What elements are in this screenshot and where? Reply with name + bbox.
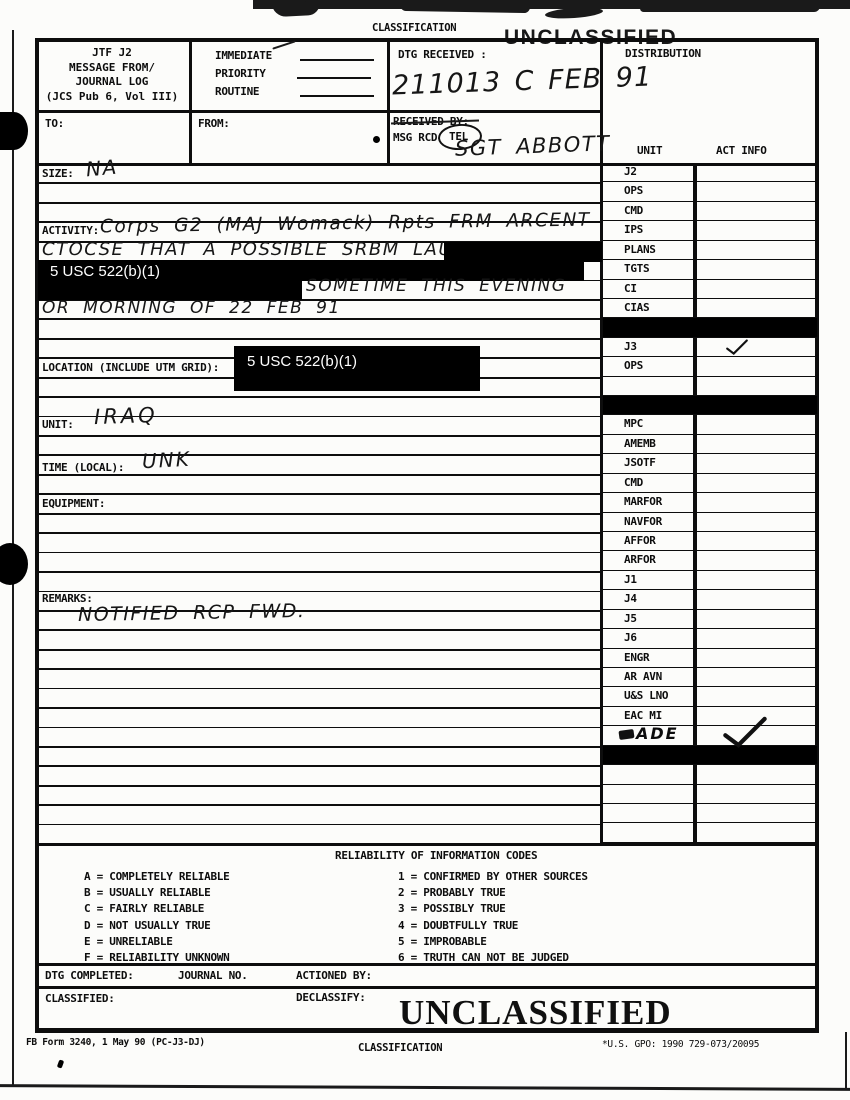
unit-column-header: UNIT — [637, 144, 662, 157]
distribution-row: OPS — [603, 182, 817, 201]
rule-line — [38, 668, 600, 670]
distribution-row: J5 — [603, 610, 817, 629]
rule-line — [38, 338, 600, 340]
reliability-code: 2 = PROBABLY TRUE — [398, 885, 588, 901]
distribution-row: NAVFOR — [603, 513, 817, 532]
precedence-priority-label: PRIORITY — [215, 67, 266, 80]
distribution-unit-cell: OPS — [603, 182, 695, 200]
scanned-journal-log-form: CLASSIFICATION UNCLASSIFIED JTF J2 MESSA… — [0, 0, 850, 1100]
rule-line — [38, 454, 600, 456]
distribution-row: AFFOR — [603, 532, 817, 551]
dtg-received-label: DTG RECEIVED : — [398, 48, 487, 61]
distribution-act-info-cell — [695, 182, 817, 200]
distribution-unit-cell: AFFOR — [603, 532, 695, 550]
distribution-unit-cell: CI — [603, 280, 695, 298]
unit-value: IRAQ — [94, 403, 158, 429]
distribution-row: TGTS — [603, 260, 817, 279]
distribution-act-info-cell — [695, 649, 817, 667]
msg-rcd-label: MSG RCD — [393, 131, 437, 144]
distribution-act-info-cell — [695, 765, 817, 783]
form-title: JTF J2 MESSAGE FROM/ JOURNAL LOG (JCS Pu… — [37, 46, 187, 104]
rule-line — [38, 591, 600, 593]
distribution-unit-cell: EAC MI — [603, 707, 695, 725]
distribution-act-info-cell — [695, 338, 817, 356]
classified-label: CLASSIFIED: — [45, 992, 115, 1005]
reliability-code: A = COMPLETELY RELIABLE — [84, 869, 229, 885]
distribution-row: AR AVN — [603, 668, 817, 687]
distribution-unit-cell: CIAS — [603, 299, 695, 317]
distribution-act-info-cell — [695, 687, 817, 705]
rule-line — [38, 629, 600, 631]
classification-bottom-label: CLASSIFICATION — [358, 1042, 442, 1054]
distribution-row: CIAS — [603, 299, 817, 318]
distribution-row: ENGR — [603, 649, 817, 668]
activity-line2: CTOCSE THAT A POSSIBLE SRBM LAUNCH — [42, 239, 497, 260]
distribution-unit-cell: J4 — [603, 590, 695, 608]
distribution-act-info-cell — [695, 726, 817, 744]
rule-line — [38, 552, 600, 554]
from-label: FROM: — [198, 117, 230, 130]
distribution-row: OPS — [603, 357, 817, 376]
distribution-unit-cell: IPS — [603, 221, 695, 239]
precedence-priority-line — [297, 77, 371, 79]
rule-line — [38, 804, 600, 806]
rule-line — [38, 746, 600, 748]
distribution-act-info-cell — [695, 260, 817, 278]
form-border-top — [35, 38, 819, 42]
distribution-act-info-cell — [695, 804, 817, 822]
classification-top-label: CLASSIFICATION — [372, 22, 456, 34]
reliability-title: RELIABILITY OF INFORMATION CODES — [335, 849, 537, 862]
distribution-act-info-cell — [695, 415, 817, 433]
distribution-act-info-cell — [695, 532, 817, 550]
size-label: SIZE: — [42, 167, 74, 180]
distribution-label: DISTRIBUTION — [625, 47, 701, 60]
unit-label: UNIT: — [42, 418, 74, 431]
rule-line — [38, 493, 600, 495]
precedence-immediate-line — [300, 59, 374, 61]
distribution-unit-cell: AMEMB — [603, 435, 695, 453]
distribution-unit-cell: PLANS — [603, 241, 695, 259]
distribution-act-info-cell — [695, 629, 817, 647]
distribution-act-info-cell — [695, 377, 817, 395]
distribution-unit-cell — [603, 318, 695, 336]
distribution-unit-cell — [603, 396, 695, 414]
activity-line3: SOMETIME THIS EVENING — [306, 276, 566, 296]
distribution-unit-cell — [603, 785, 695, 803]
distribution-act-info-cell — [695, 396, 817, 414]
rule-line — [38, 707, 600, 709]
distribution-unit-cell: ENGR — [603, 649, 695, 667]
distribution-act-info-cell — [695, 823, 817, 841]
form-title-line: JTF J2 — [37, 46, 187, 61]
paper-edge-right — [845, 1032, 847, 1090]
distribution-row: CI — [603, 280, 817, 299]
section-border — [35, 963, 819, 966]
distribution-row: U&S LNO — [603, 687, 817, 706]
distribution-unit-cell: J1 — [603, 571, 695, 589]
distribution-unit-cell: MPC — [603, 415, 695, 433]
distribution-unit-cell: NAVFOR — [603, 513, 695, 531]
distribution-unit-cell: J2 — [603, 163, 695, 181]
redaction-block — [444, 242, 602, 262]
distribution-unit-cell: MARFOR — [603, 493, 695, 511]
distribution-unit-cell: AR AVN — [603, 668, 695, 686]
time-local-label: TIME (LOCAL): — [42, 461, 124, 474]
checkmark-icon — [723, 338, 751, 356]
cell-border — [189, 38, 192, 163]
reliability-code: D = NOT USUALLY TRUE — [84, 918, 229, 934]
time-local-value: UNK — [141, 447, 191, 474]
rule-line — [38, 202, 600, 204]
precedence-routine-line — [300, 95, 374, 97]
distribution-row: ADE — [603, 726, 817, 745]
distribution-row: AMEMB — [603, 435, 817, 454]
distribution-act-info-cell — [695, 202, 817, 220]
rule-line — [38, 727, 600, 729]
distribution-act-info-cell — [695, 241, 817, 259]
distribution-row: ARFOR — [603, 551, 817, 570]
distribution-row: MARFOR — [603, 493, 817, 512]
journal-no-label: JOURNAL NO. — [178, 969, 248, 982]
rule-line — [38, 435, 600, 437]
rule-line — [38, 824, 600, 826]
rule-line — [38, 396, 600, 398]
cell-border — [35, 110, 602, 113]
scan-tear-ragged — [272, 1, 321, 17]
distribution-row: CMD — [603, 202, 817, 221]
activity-label: ACTIVITY: — [42, 224, 99, 237]
distribution-act-info-cell — [695, 551, 817, 569]
distribution-unit-cell — [603, 765, 695, 783]
distribution-unit-cell: ADE — [603, 726, 695, 744]
distribution-unit-cell: CMD — [603, 202, 695, 220]
rule-line — [38, 571, 600, 573]
form-title-line: JOURNAL LOG — [37, 75, 187, 90]
section-border — [35, 843, 819, 846]
reliability-code: 4 = DOUBTFULLY TRUE — [398, 918, 588, 934]
remarks-value: NOTIFIED RCP FWD. — [78, 600, 306, 626]
distribution-row: J2 — [603, 163, 817, 182]
distribution-unit-cell — [603, 377, 695, 395]
distribution-act-info-cell — [695, 571, 817, 589]
distribution-row: IPS — [603, 221, 817, 240]
distribution-unit-cell — [603, 804, 695, 822]
equipment-label: EQUIPMENT: — [42, 497, 105, 510]
distribution-unit-cell: CMD — [603, 474, 695, 492]
form-border-left — [35, 38, 39, 1032]
distribution-row-redacted — [603, 396, 817, 415]
redaction-block — [38, 280, 302, 300]
distribution-act-info-cell — [695, 474, 817, 492]
reliability-letter-codes: A = COMPLETELY RELIABLEB = USUALLY RELIA… — [84, 869, 229, 966]
rule-line — [38, 785, 600, 787]
activity-line4: OR MORNING OF 22 FEB 91 — [42, 298, 341, 318]
distribution-row — [603, 377, 817, 396]
received-by-signature: SGT ABBOTT — [455, 131, 611, 160]
rule-line — [38, 474, 600, 476]
activity-line1: Corps G2 (MAJ Womack) Rpts FRM ARCENT — [100, 210, 591, 238]
size-value: NA — [85, 155, 119, 182]
distribution-act-info-cell — [695, 357, 817, 375]
distribution-unit-cell: J3 — [603, 338, 695, 356]
reliability-code: 1 = CONFIRMED BY OTHER SOURCES — [398, 869, 588, 885]
distribution-act-info-cell — [695, 785, 817, 803]
distribution-row: PLANS — [603, 241, 817, 260]
act-info-column-header: ACT INFO — [716, 144, 767, 157]
unclassified-bottom-stamp: UNCLASSIFIED — [399, 993, 672, 1033]
rule-line — [38, 688, 600, 690]
reliability-code: 5 = IMPROBABLE — [398, 934, 588, 950]
distribution-row-redacted — [603, 318, 817, 337]
distribution-row — [603, 785, 817, 804]
distribution-unit-cell: U&S LNO — [603, 687, 695, 705]
distribution-row: CMD — [603, 474, 817, 493]
form-title-line: MESSAGE FROM/ — [37, 61, 187, 76]
distribution-row — [603, 804, 817, 823]
reliability-code: C = FAIRLY RELIABLE — [84, 901, 229, 917]
distribution-row: J6 — [603, 629, 817, 648]
distribution-unit-cell — [603, 746, 695, 764]
distribution-act-info-cell — [695, 668, 817, 686]
declassify-label: DECLASSIFY: — [296, 991, 366, 1004]
pen-scribble — [618, 729, 634, 740]
rule-line — [38, 182, 600, 184]
rule-line — [38, 532, 600, 534]
scan-tear-ragged — [400, 5, 530, 13]
distribution-row: MPC — [603, 415, 817, 434]
rule-line — [38, 318, 600, 320]
reliability-code: E = UNRELIABLE — [84, 934, 229, 950]
distribution-unit-cell — [603, 823, 695, 841]
distribution-row: J4 — [603, 590, 817, 609]
distribution-row: J3 — [603, 338, 817, 357]
distribution-act-info-cell — [695, 299, 817, 317]
distribution-row — [603, 823, 817, 842]
gpo-note: *U.S. GPO: 1990 729-073/20095 — [602, 1039, 759, 1050]
to-label: TO: — [45, 117, 64, 130]
dtg-received-value: 211013 C FEB 91 — [392, 61, 653, 101]
distribution-unit-cell: OPS — [603, 357, 695, 375]
distribution-row-redacted — [603, 746, 817, 765]
distribution-act-info-cell — [695, 590, 817, 608]
rule-line — [38, 649, 600, 651]
dtg-completed-label: DTG COMPLETED: — [45, 969, 134, 982]
distribution-unit-cell: TGTS — [603, 260, 695, 278]
distribution-act-info-cell — [695, 454, 817, 472]
hole-punch — [0, 543, 28, 585]
location-label: LOCATION (INCLUDE UTM GRID): — [42, 361, 219, 374]
distribution-unit-cell: J5 — [603, 610, 695, 628]
distribution-act-info-cell — [695, 163, 817, 181]
pen-mark — [57, 1059, 64, 1068]
distribution-row: JSOTF — [603, 454, 817, 473]
distribution-row: J1 — [603, 571, 817, 590]
form-title-line: (JCS Pub 6, Vol III) — [37, 90, 187, 105]
distribution-act-info-cell — [695, 221, 817, 239]
distribution-unit-cell: J6 — [603, 629, 695, 647]
precedence-immediate-label: IMMEDIATE — [215, 49, 272, 62]
actioned-by-label: ACTIONED BY: — [296, 969, 372, 982]
distribution-act-info-cell — [695, 513, 817, 531]
reliability-number-codes: 1 = CONFIRMED BY OTHER SOURCES2 = PROBAB… — [398, 869, 588, 966]
rule-line — [38, 513, 600, 515]
pen-dot — [373, 136, 380, 143]
rule-line — [38, 765, 600, 767]
distribution-act-info-cell — [695, 746, 817, 764]
distribution-unit-cell: ARFOR — [603, 551, 695, 569]
section-border — [35, 986, 819, 989]
cell-border — [387, 38, 390, 163]
precedence-routine-label: ROUTINE — [215, 85, 259, 98]
reliability-code: 3 = POSSIBLY TRUE — [398, 901, 588, 917]
hole-punch — [0, 112, 28, 150]
scan-tear-ragged — [640, 6, 820, 12]
reliability-code: B = USUALLY RELIABLE — [84, 885, 229, 901]
distribution-act-info-cell — [695, 318, 817, 336]
distribution-row — [603, 765, 817, 784]
paper-edge-bottom — [0, 1084, 850, 1091]
redaction-code-label: 5 USC 522(b)(1) — [50, 263, 160, 280]
distribution-act-info-cell — [695, 493, 817, 511]
distribution-act-info-cell — [695, 280, 817, 298]
redaction-code-label: 5 USC 522(b)(1) — [247, 353, 357, 370]
form-number: FB Form 3240, 1 May 90 (PC-J3-DJ) — [26, 1037, 205, 1048]
distribution-act-info-cell — [695, 435, 817, 453]
pen-squiggle — [272, 40, 295, 49]
distribution-act-info-cell — [695, 610, 817, 628]
distribution-unit-cell: JSOTF — [603, 454, 695, 472]
distribution-table: J2OPSCMDIPSPLANSTGTSCICIASJ3 OPSMPCAMEMB… — [603, 163, 817, 844]
